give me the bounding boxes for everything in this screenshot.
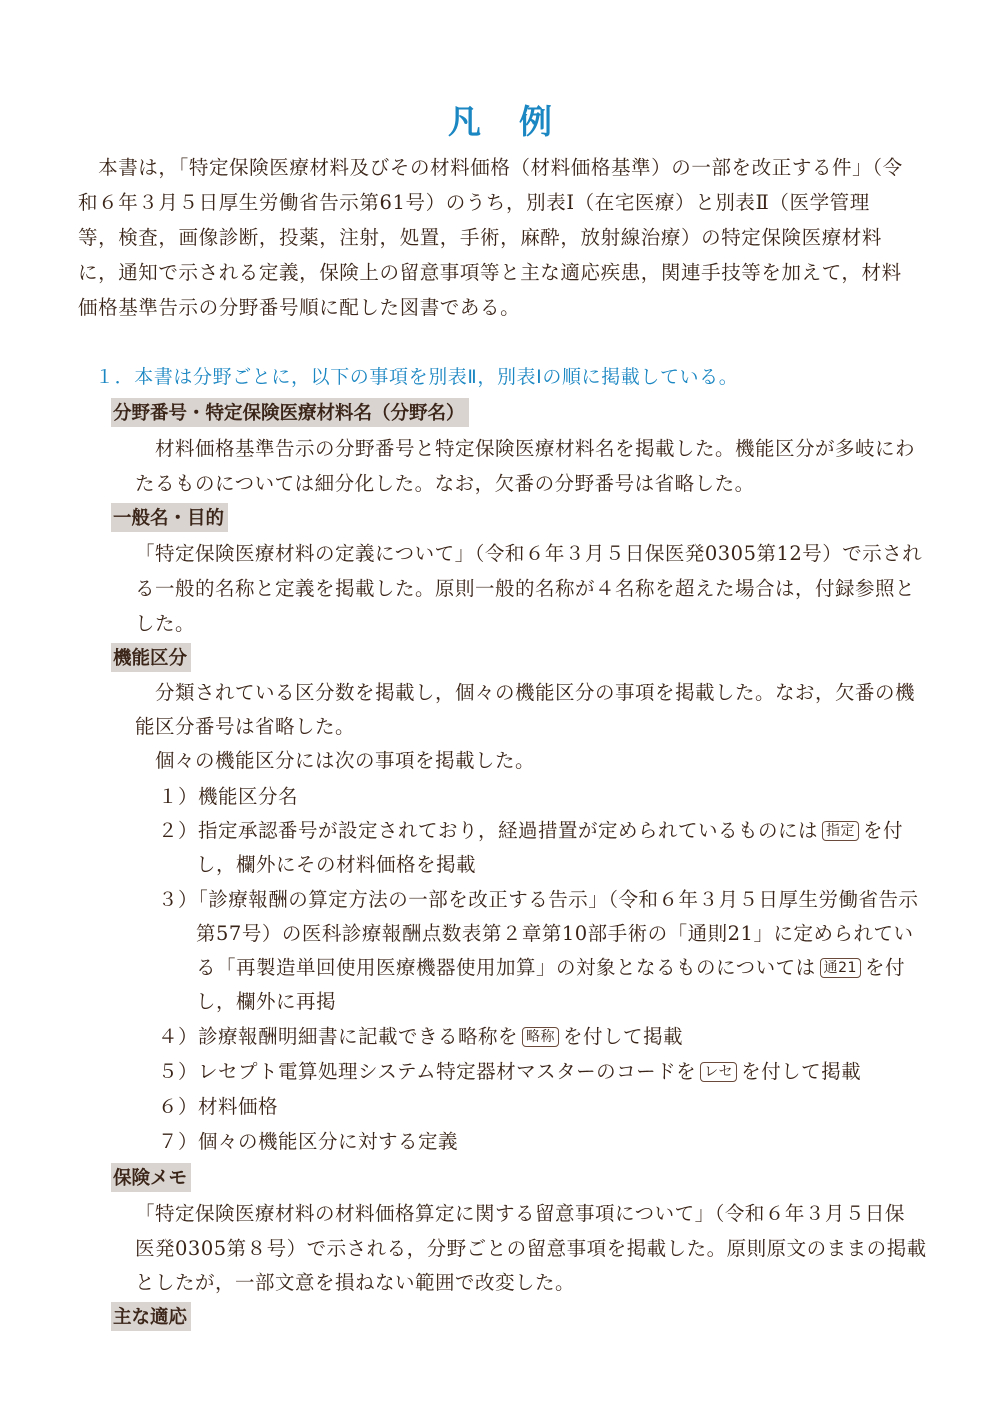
- sublist-continuation: 第57号）の医科診療報酬点数表第２章第10部手術の「通則21」に定められてい: [196, 918, 913, 946]
- sublist-continuation: し，欄外に再掲: [196, 986, 336, 1014]
- intro-line: 本書は，「特定保険医療材料及びその材料価格（材料価格基準）の一部を改正する件」（…: [78, 150, 938, 185]
- tag-designated: 指定: [822, 821, 859, 841]
- intro-paragraph: 本書は，「特定保険医療材料及びその材料価格（材料価格基準）の一部を改正する件」（…: [78, 150, 938, 325]
- sublist-item: ５）レセプト電算処理システム特定器材マスターのコードをレセを付して掲載: [158, 1056, 861, 1084]
- body-line: 医発0305第８号）で示される，分野ごとの留意事項を掲載した。原則原文のままの掲…: [135, 1233, 927, 1261]
- intro-line: 等，検査，画像診断，投薬，注射，処置，手術，麻酔，放射線治療）の特定保険医療材料: [78, 220, 938, 255]
- body-line: 「特定保険医療材料の定義について」（令和６年３月５日保医発0305第12号）で示…: [135, 538, 922, 566]
- body-line: たるものについては細分化した。なお，欠番の分野番号は省略した。: [135, 468, 755, 496]
- body-line: 個々の機能区分には次の事項を掲載した。: [135, 745, 535, 773]
- intro-line: 和６年３月５日厚生労働省告示第61号）のうち，別表Ⅰ（在宅医療）と別表Ⅱ（医学管…: [78, 185, 938, 220]
- heading-function-category: 機能区分: [111, 643, 191, 672]
- heading-insurance-memo: 保険メモ: [111, 1163, 191, 1192]
- sublist-item: ２）指定承認番号が設定されており，経過措置が定められているものには指定を付: [158, 815, 903, 843]
- body-line: 「特定保険医療材料の材料価格算定に関する留意事項について」（令和６年３月５日保: [135, 1198, 905, 1226]
- sublist-item: ４）診療報酬明細書に記載できる略称を略称を付して掲載: [158, 1021, 683, 1049]
- heading-general-name: 一般名・目的: [111, 503, 228, 532]
- body-line: としたが，一部文意を損ねない範囲で改変した。: [135, 1267, 575, 1295]
- heading-field-number: 分野番号・特定保険医療材料名（分野名）: [111, 398, 469, 427]
- intro-line: に，通知で示される定義，保険上の留意事項等と主な適応疾患，関連手技等を加えて，材…: [78, 255, 938, 290]
- body-line: 分類されている区分数を掲載し，個々の機能区分の事項を掲載した。なお，欠番の機: [135, 677, 915, 705]
- sublist-continuation: し，欄外にその材料価格を掲載: [196, 849, 476, 877]
- tag-tsuusoku21: 通21: [820, 958, 861, 978]
- sublist-item: ７）個々の機能区分に対する定義: [158, 1126, 458, 1154]
- tag-receipt: レセ: [700, 1062, 737, 1082]
- sublist-item: １）機能区分名: [158, 781, 298, 809]
- sublist-continuation: る「再製造単回使用医療機器使用加算」の対象となるものについては通21を付: [196, 952, 905, 980]
- sublist-item: ６）材料価格: [158, 1091, 278, 1119]
- section-1-heading: １．本書は分野ごとに，以下の事項を別表Ⅱ，別表Ⅰの順に掲載している。: [95, 362, 738, 389]
- intro-line: 価格基準告示の分野番号順に配した図書である。: [78, 290, 938, 325]
- heading-main-indications: 主な適応: [111, 1302, 191, 1331]
- sublist-item: ３）「診療報酬の算定方法の一部を改正する告示」（令和６年３月５日厚生労働省告示: [158, 884, 919, 912]
- body-line: 能区分番号は省略した。: [135, 711, 355, 739]
- tag-abbreviation: 略称: [522, 1027, 559, 1047]
- body-line: した。: [135, 608, 195, 636]
- body-line: る一般的名称と定義を掲載した。原則一般的名称が４名称を超えた場合は，付録参照と: [135, 573, 915, 601]
- page-title: 凡例: [0, 96, 1000, 143]
- body-line: 材料価格基準告示の分野番号と特定保険医療材料名を掲載した。機能区分が多岐にわ: [135, 433, 915, 461]
